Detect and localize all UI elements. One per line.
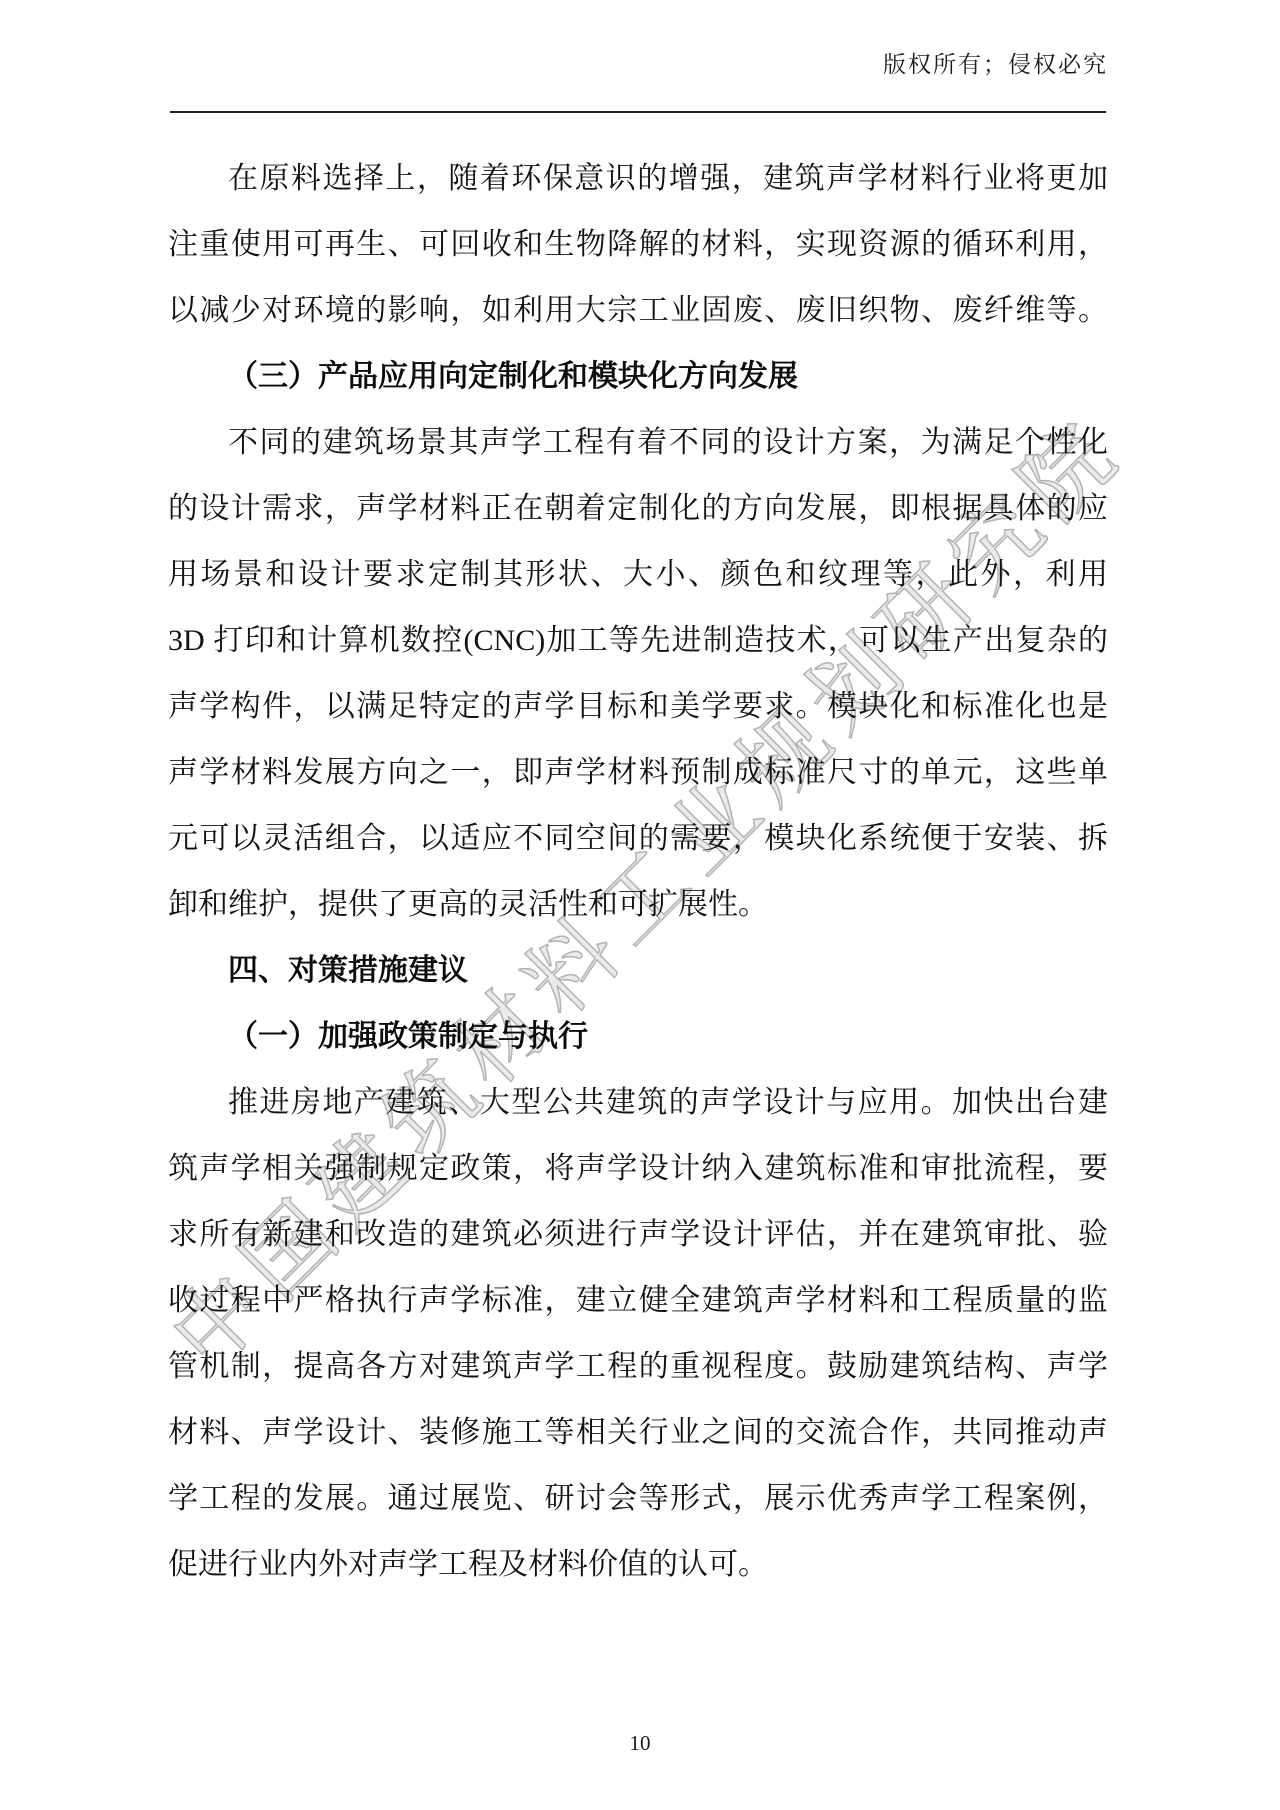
section-heading: 四、对策措施建议 bbox=[168, 938, 1108, 1004]
body-text-line: 材料、声学设计、装修施工等相关行业之间的交流合作，共同推动声 bbox=[168, 1400, 1108, 1466]
section-heading: （三）产品应用向定制化和模块化方向发展 bbox=[168, 344, 1108, 410]
body-text-line: 的设计需求，声学材料正在朝着定制化的方向发展，即根据具体的应 bbox=[168, 476, 1108, 542]
body-text-line: 卸和维护，提供了更高的灵活性和可扩展性。 bbox=[168, 872, 1108, 938]
body-text-line: 管机制，提高各方对建筑声学工程的重视程度。鼓励建筑结构、声学 bbox=[168, 1334, 1108, 1400]
body-text-line: 声学构件，以满足特定的声学目标和美学要求。模块化和标准化也是 bbox=[168, 674, 1108, 740]
body-text-line: 学工程的发展。通过展览、研讨会等形式，展示优秀声学工程案例， bbox=[168, 1466, 1108, 1532]
body-text-line: 元可以灵活组合，以适应不同空间的需要，模块化系统便于安装、拆 bbox=[168, 806, 1108, 872]
document-body: 在原料选择上，随着环保意识的增强，建筑声学材料行业将更加注重使用可再生、可回收和… bbox=[168, 146, 1108, 1598]
body-text-line: 不同的建筑场景其声学工程有着不同的设计方案，为满足个性化 bbox=[168, 410, 1108, 476]
body-text-line: 收过程中严格执行声学标准，建立健全建筑声学材料和工程质量的监 bbox=[168, 1268, 1108, 1334]
section-heading: （一）加强政策制定与执行 bbox=[168, 1004, 1108, 1070]
body-text-line: 求所有新建和改造的建筑必须进行声学设计评估，并在建筑审批、验 bbox=[168, 1202, 1108, 1268]
copyright-notice: 版权所有；侵权必究 bbox=[883, 46, 1108, 79]
header-divider bbox=[170, 111, 1106, 113]
body-text-line: 注重使用可再生、可回收和生物降解的材料，实现资源的循环利用， bbox=[168, 212, 1108, 278]
document-page: 版权所有；侵权必究 中国建筑材料工业规划研究院 在原料选择上，随着环保意识的增强… bbox=[0, 0, 1280, 1810]
body-text-line: 推进房地产建筑、大型公共建筑的声学设计与应用。加快出台建 bbox=[168, 1070, 1108, 1136]
body-text-line: 3D 打印和计算机数控(CNC)加工等先进制造技术，可以生产出复杂的 bbox=[168, 608, 1108, 674]
body-text-line: 以减少对环境的影响，如利用大宗工业固废、废旧织物、废纤维等。 bbox=[168, 278, 1108, 344]
page-number: 10 bbox=[0, 1731, 1280, 1756]
body-text-line: 促进行业内外对声学工程及材料价值的认可。 bbox=[168, 1532, 1108, 1598]
body-text-line: 声学材料发展方向之一，即声学材料预制成标准尺寸的单元，这些单 bbox=[168, 740, 1108, 806]
body-text-line: 在原料选择上，随着环保意识的增强，建筑声学材料行业将更加 bbox=[168, 146, 1108, 212]
body-text-line: 用场景和设计要求定制其形状、大小、颜色和纹理等，此外，利用 bbox=[168, 542, 1108, 608]
body-text-line: 筑声学相关强制规定政策，将声学设计纳入建筑标准和审批流程，要 bbox=[168, 1136, 1108, 1202]
